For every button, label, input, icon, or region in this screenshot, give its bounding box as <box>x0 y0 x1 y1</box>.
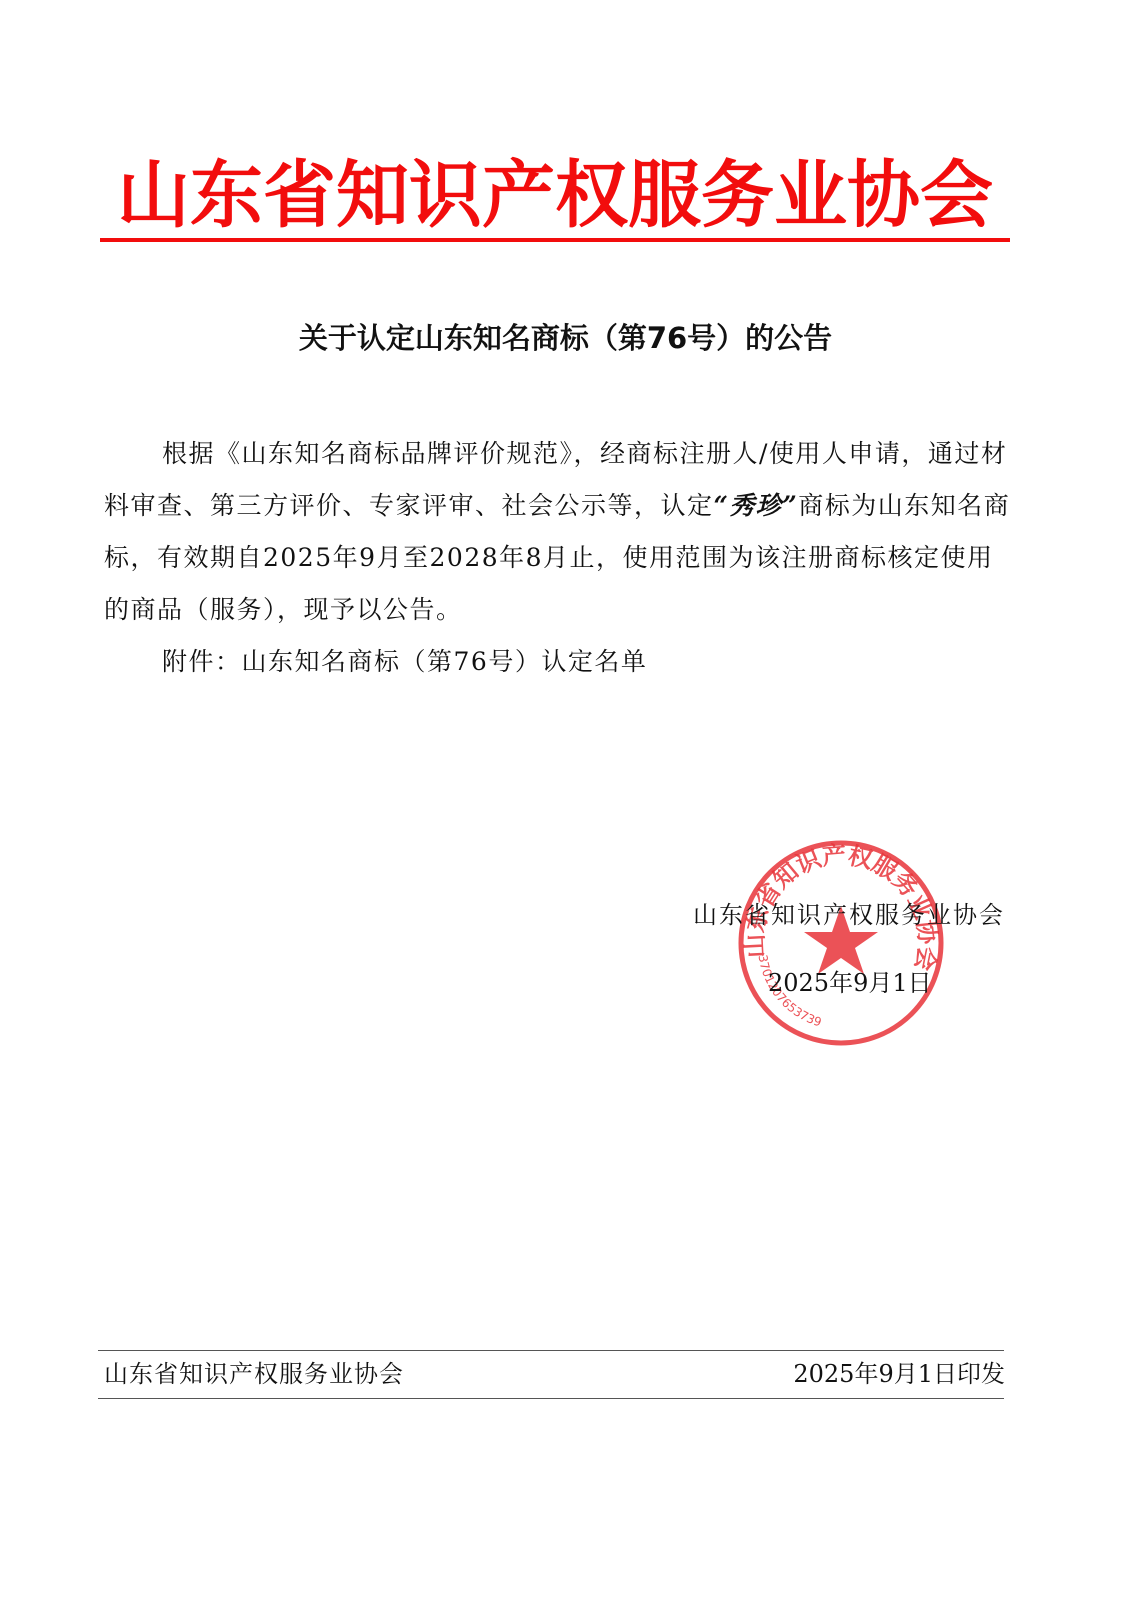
footer-issuer: 山东省知识产权服务业协会 <box>104 1358 404 1390</box>
body-paragraph: 根据《山东知名商标品牌评价规范》，经商标注册人/使用人申请，通过材料审查、第三方… <box>104 428 1014 636</box>
footer-rule-bottom <box>98 1398 1004 1399</box>
signature-organization: 山东省知识产权服务业协会 <box>693 900 1005 930</box>
official-seal-icon: 山东省知识产权服务业协会 3701207653739 <box>736 838 946 1048</box>
brand-name: “秀珍” <box>714 491 799 520</box>
footer-rule-top <box>98 1350 1004 1351</box>
masthead-organization: 山东省知识产权服务业协会 <box>100 148 1010 244</box>
signature-date: 2025年9月1日 <box>768 968 932 998</box>
masthead-red-rule <box>100 238 1010 242</box>
footer-issue-date: 2025年9月1日印发 <box>793 1358 1005 1390</box>
document-title: 关于认定山东知名商标（第76号）的公告 <box>0 318 1131 358</box>
attachment-line: 附件：山东知名商标（第76号）认定名单 <box>104 636 1014 688</box>
document-body: 根据《山东知名商标品牌评价规范》，经商标注册人/使用人申请，通过材料审查、第三方… <box>104 428 1014 688</box>
